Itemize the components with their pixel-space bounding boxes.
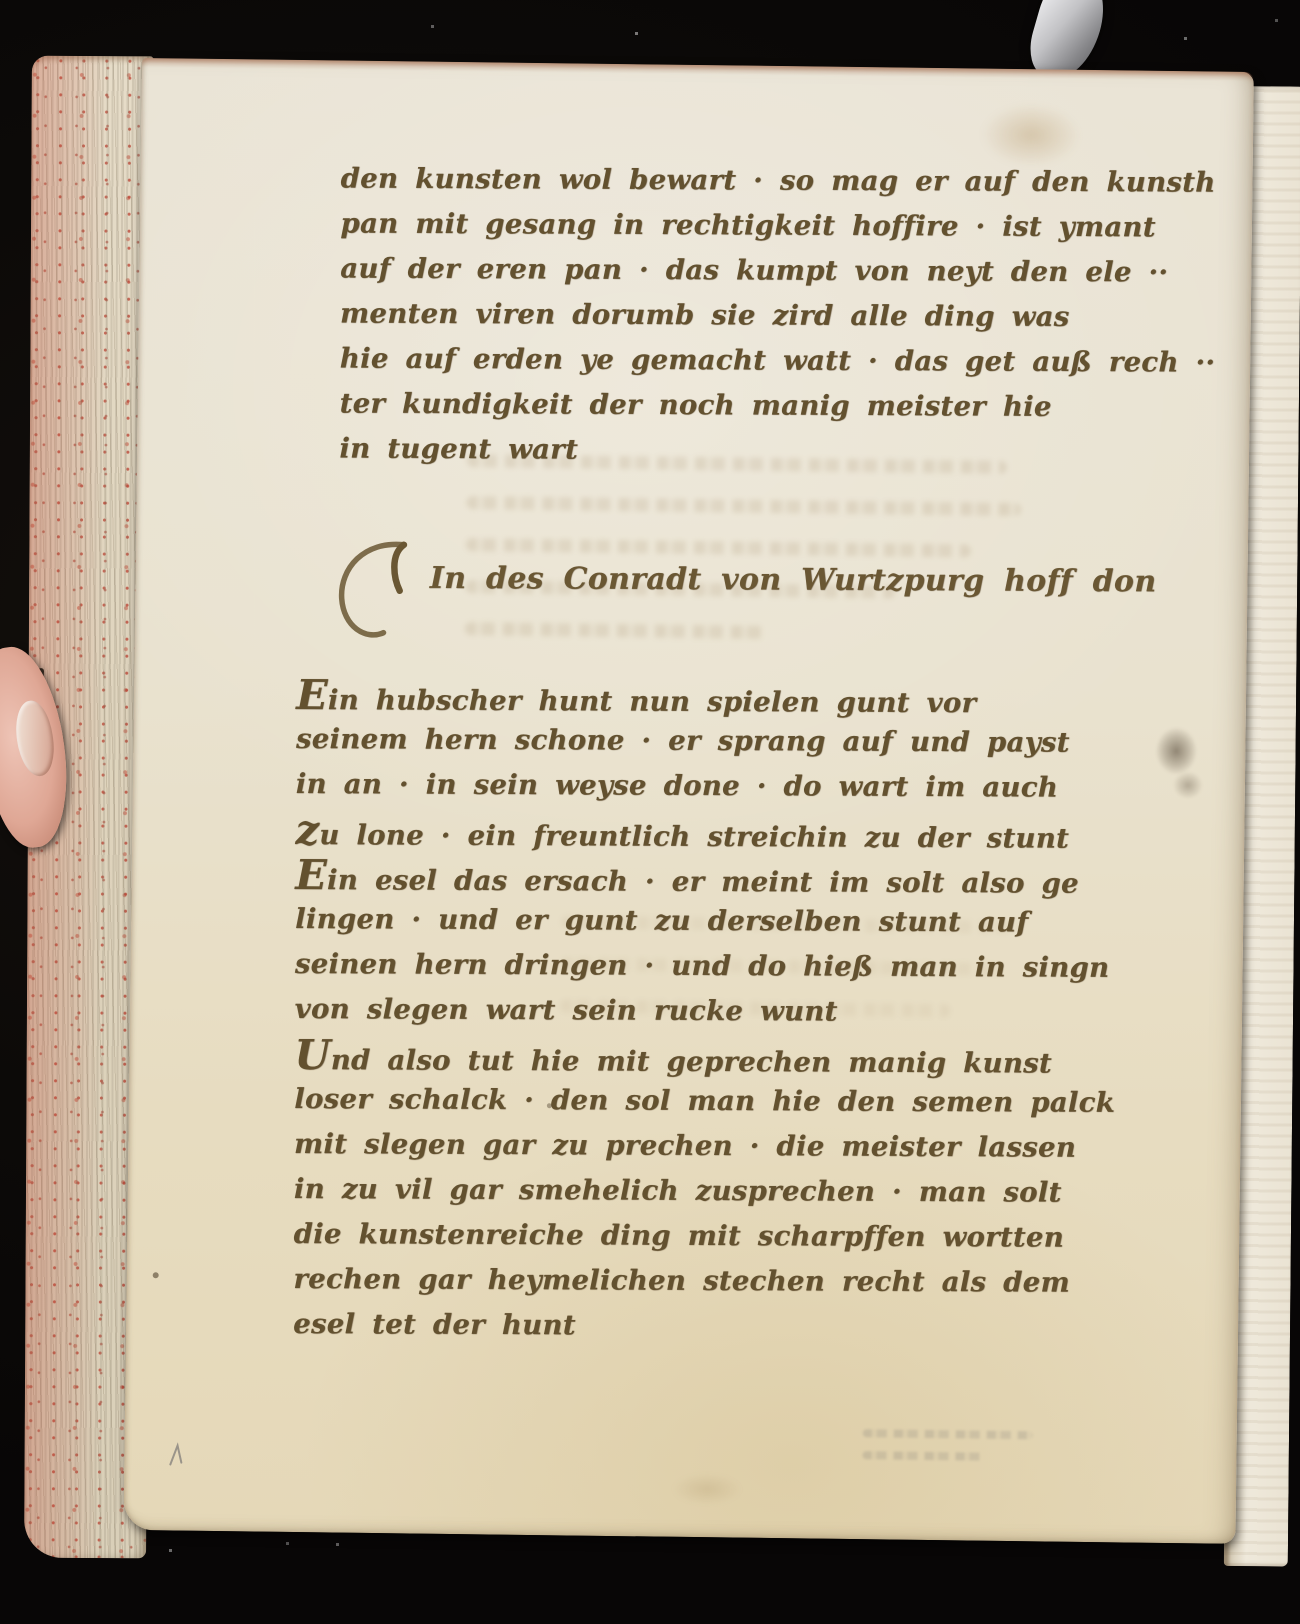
- text-line: in an · in sein weyse done · do wart im …: [296, 762, 1117, 811]
- fingernail: [12, 698, 58, 778]
- paragraph-1: den kunsten wol bewart · so mag er auf d…: [339, 157, 1216, 476]
- text-line: die kunstenreiche ding mit scharpffen wo…: [294, 1212, 1115, 1261]
- text-line: in zu vil gar smehelich zusprechen · man…: [294, 1167, 1115, 1216]
- text-line: Und also tut hie mit geprechen manig kun…: [294, 1032, 1115, 1081]
- heading-text: In des Conradt von Wurtzpurg hoff don: [430, 561, 1157, 599]
- page-top-edge: [142, 58, 1254, 81]
- text-line: Ein esel das ersach · er meint im solt a…: [295, 852, 1116, 901]
- paragraph-2: Ein hubscher hunt nun spielen gunt vorse…: [293, 672, 1117, 1351]
- text-line: Ein hubscher hunt nun spielen gunt vor: [296, 672, 1117, 721]
- text-line: lingen · und er gunt zu derselben stunt …: [295, 897, 1116, 946]
- text-line: seinem hern schone · er sprang auf und p…: [296, 717, 1117, 766]
- text-line: den kunsten wol bewart · so mag er auf d…: [341, 157, 1217, 206]
- text-line: rechen gar heymelichen stechen recht als…: [293, 1257, 1114, 1306]
- parchment-stain: [672, 1473, 742, 1506]
- text-line: mit slegen gar zu prechen · die meister …: [294, 1122, 1115, 1171]
- pencil-mark: [166, 1442, 186, 1466]
- ink-speck: [547, 1103, 552, 1108]
- text-line: seinen hern dringen · und do hieß man in…: [295, 942, 1116, 991]
- text-line: esel tet der hunt: [293, 1302, 1114, 1351]
- manuscript-photo: { "manuscript": { "paragraph1": { "lines…: [0, 0, 1300, 1624]
- parchment-stain: [981, 103, 1082, 168]
- text-line: auf der eren pan · das kumpt von neyt de…: [340, 247, 1216, 296]
- text-line: pan mit gesang in rechtigkeit hoffire · …: [340, 202, 1216, 251]
- text-line: loser schalck · den sol man hie den seme…: [294, 1077, 1115, 1126]
- initial-flourish: [333, 538, 423, 642]
- manuscript-page: den kunsten wol bewart · so mag er auf d…: [124, 58, 1254, 1544]
- ink-speck: [153, 1272, 159, 1278]
- text-line: hie auf erden ye gemacht watt · das get …: [340, 337, 1216, 386]
- text-line: zu lone · ein freuntlich streichin zu de…: [295, 807, 1116, 856]
- ink-blot: [1155, 727, 1198, 776]
- text-line: in tugent wart: [339, 427, 1215, 476]
- text-line: ter kundigkeit der noch manig meister hi…: [340, 382, 1216, 431]
- ink-blot: [1173, 771, 1203, 799]
- text-line: menten viren dorumb sie zird alle ding w…: [340, 292, 1216, 341]
- text-line: von slegen wart sein rucke wunt: [295, 987, 1116, 1036]
- pencil-inscription: [862, 1429, 1043, 1475]
- dust-specks: [0, 0, 1, 1]
